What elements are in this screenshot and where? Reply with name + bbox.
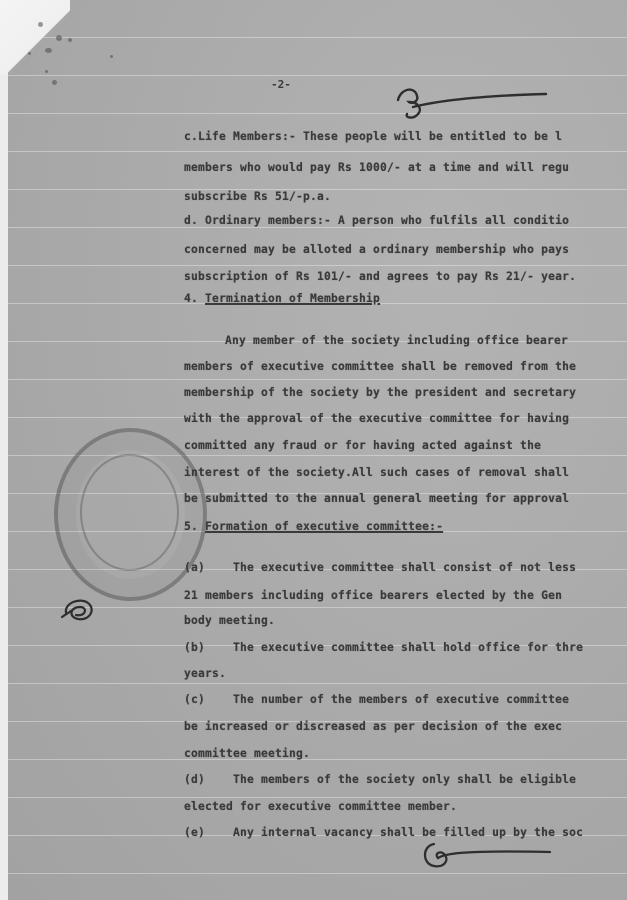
clause-text: The number of the members of executive c… bbox=[233, 693, 569, 706]
clause-label: (c) bbox=[184, 693, 205, 706]
text-line: be submitted to the annual general meeti… bbox=[184, 492, 569, 505]
initials-mark-icon bbox=[60, 595, 100, 625]
clause-label: (b) bbox=[184, 641, 205, 654]
text-line: be increased or discreased as per decisi… bbox=[184, 720, 562, 733]
ink-speck bbox=[28, 52, 31, 55]
clause-b: (b) The executive committee shall hold o… bbox=[184, 641, 583, 654]
scanned-document-page: -2- c.Life Members:- These people will b… bbox=[0, 0, 627, 900]
clause-text: The executive committee shall consist of… bbox=[233, 561, 576, 574]
text-line: with the approval of the executive commi… bbox=[184, 412, 569, 425]
clause-label: (d) bbox=[184, 773, 205, 786]
text-line: body meeting. bbox=[184, 614, 275, 627]
text-line: interest of the society.All such cases o… bbox=[184, 466, 569, 479]
clause-d: (d) The members of the society only shal… bbox=[184, 773, 576, 786]
text-line: Any member of the society including offi… bbox=[225, 334, 568, 347]
page-number: -2- bbox=[271, 78, 291, 91]
text-line: members of executive committee shall be … bbox=[184, 360, 576, 373]
ink-speck bbox=[45, 48, 52, 53]
seal-inner-ring bbox=[80, 454, 179, 571]
clause-label: (e) bbox=[184, 826, 205, 839]
text-line: c.Life Members:- These people will be en… bbox=[184, 130, 562, 143]
text-line: subscription of Rs 101/- and agrees to p… bbox=[184, 270, 576, 283]
text-line: committee meeting. bbox=[184, 747, 310, 760]
text-line: members who would pay Rs 1000/- at a tim… bbox=[184, 161, 569, 174]
text-line: membership of the society by the preside… bbox=[184, 386, 576, 399]
clause-e: (e) Any internal vacancy shall be filled… bbox=[184, 826, 583, 839]
ink-speck bbox=[52, 80, 57, 85]
section-title: Termination of Membership bbox=[205, 292, 380, 305]
clause-c: (c) The number of the members of executi… bbox=[184, 693, 569, 706]
text-line: d. Ordinary members:- A person who fulfi… bbox=[184, 214, 569, 227]
ink-speck bbox=[45, 70, 48, 73]
text-line: elected for executive committee member. bbox=[184, 800, 457, 813]
section-number: 4. bbox=[184, 292, 198, 305]
ink-speck bbox=[38, 22, 43, 27]
section-heading-termination: 4. Termination of Membership bbox=[184, 292, 380, 305]
text-line: concerned may be alloted a ordinary memb… bbox=[184, 243, 569, 256]
signature-top-icon bbox=[393, 82, 553, 122]
clause-label: (a) bbox=[184, 561, 205, 574]
official-seal-stamp bbox=[54, 428, 207, 601]
ink-speck bbox=[110, 55, 113, 58]
ink-speck bbox=[56, 35, 62, 41]
clause-text: The members of the society only shall be… bbox=[233, 773, 576, 786]
section-heading-formation: 5. Formation of executive committee:- bbox=[184, 520, 443, 533]
section-number: 5. bbox=[184, 520, 198, 533]
clause-a: (a) The executive committee shall consis… bbox=[184, 561, 576, 574]
signature-bottom-icon bbox=[420, 838, 560, 874]
text-line: committed any fraud or for having acted … bbox=[184, 439, 541, 452]
ink-speck bbox=[68, 38, 72, 42]
text-line: years. bbox=[184, 667, 226, 680]
section-title: Formation of executive committee:- bbox=[205, 520, 443, 533]
text-line: 21 members including office bearers elec… bbox=[184, 589, 562, 602]
text-line: subscribe Rs 51/-p.a. bbox=[184, 190, 331, 203]
clause-text: The executive committee shall hold offic… bbox=[233, 641, 583, 654]
clause-text: Any internal vacancy shall be filled up … bbox=[233, 826, 583, 839]
